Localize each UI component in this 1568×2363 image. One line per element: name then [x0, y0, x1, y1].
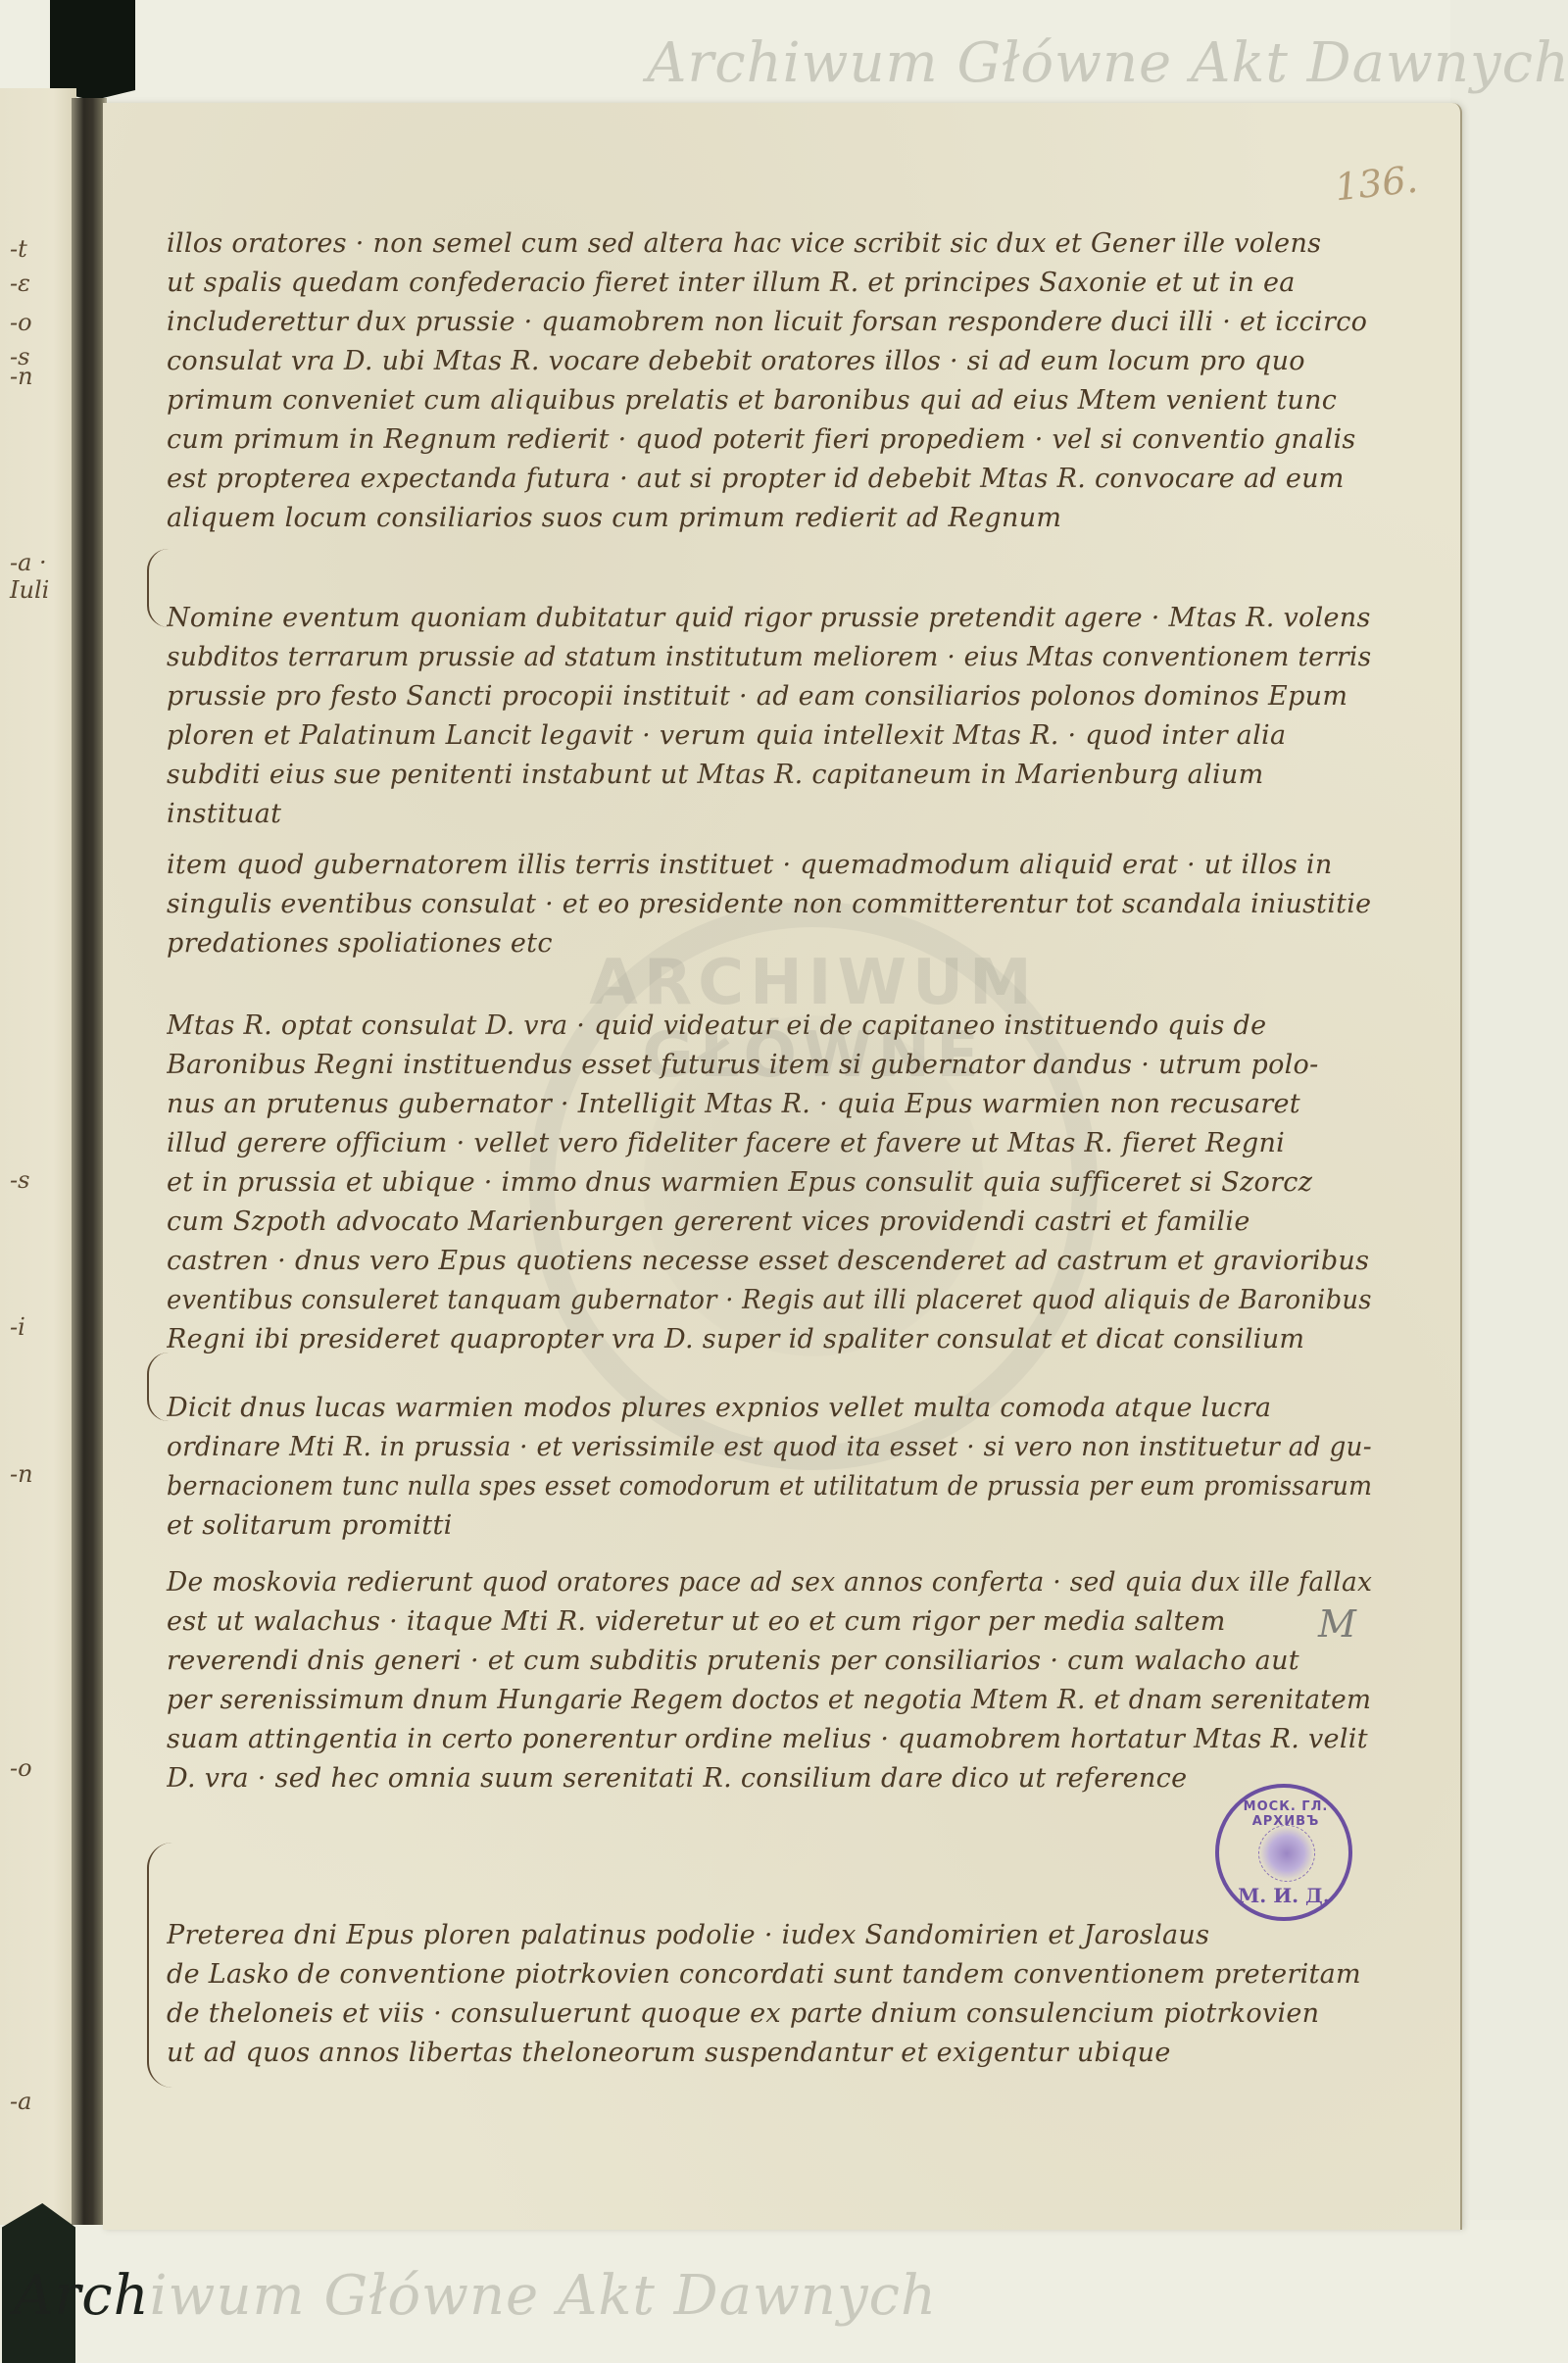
text-line: D. vra · sed hec omnia suum serenitati R… [167, 1762, 1372, 1796]
watermark-dark-part: Arch [14, 2264, 150, 2328]
left-margin-fragment: -a · Iuli [10, 549, 76, 604]
left-margin-fragment: -ε [10, 270, 30, 297]
left-margin-fragment: -n [10, 363, 33, 390]
text-line: castren · dnus vero Epus quotiens necess… [167, 1245, 1372, 1278]
text-line: De moskovia redierunt quod oratores pace… [167, 1566, 1349, 1600]
text-line: de Lasko de conventione piotrkovien conc… [167, 1958, 1372, 1992]
bookmark-ribbon-top [50, 0, 135, 98]
text-line: cum Szpoth advocato Marienburgen gereren… [167, 1206, 1372, 1239]
text-line: eventibus consuleret tanquam gubernator … [167, 1284, 1315, 1317]
text-line: est propterea expectanda futura · aut si… [167, 463, 1372, 496]
text-line: per serenissimum dnum Hungarie Regem doc… [167, 1684, 1342, 1717]
watermark-light-part: iwum Główne Akt Dawnych [150, 2264, 937, 2328]
text-line: ploren et Palatinum Lancit legavit · ver… [167, 719, 1372, 753]
left-margin-fragment: -s [10, 1166, 29, 1194]
text-line: Dicit dnus lucas warmien modos plures ex… [167, 1392, 1372, 1425]
text-line: de theloneis et viis · consuluerunt quoq… [167, 1997, 1372, 2031]
text-line: suam attingentia in certo ponerentur ord… [167, 1723, 1372, 1756]
book-gutter [72, 98, 107, 2225]
paragraph-1: illos oratores · non semel cum sed alter… [167, 227, 1372, 535]
left-margin-fragment: -i [10, 1313, 25, 1341]
text-line: et solitarum promitti [167, 1509, 1372, 1543]
archive-stamp: МОСК. ГЛ. АРХИВЪ М. И. Д. [1215, 1784, 1352, 1921]
text-line: illud gerere officium · vellet vero fide… [167, 1127, 1372, 1160]
paragraph-5: Dicit dnus lucas warmien modos plures ex… [167, 1392, 1372, 1543]
text-line: et in prussia et ubique · immo dnus warm… [167, 1166, 1372, 1200]
text-line: ut ad quos annos libertas theloneorum su… [167, 2037, 1372, 2070]
text-line: consulat vra D. ubi Mtas R. vocare debeb… [167, 345, 1372, 378]
text-line: subditos terrarum prussie ad statum inst… [167, 641, 1343, 674]
text-line: ordinare Mti R. in prussia · et verissim… [167, 1431, 1339, 1464]
left-margin-fragment: -o [10, 309, 32, 336]
left-margin-fragment: -a [10, 2088, 31, 2115]
paragraph-6: De moskovia redierunt quod oratores pace… [167, 1566, 1372, 1796]
left-margin-fragment: -t [10, 235, 27, 263]
paragraph-2: Nomine eventum quoniam dubitatur quid ri… [167, 602, 1372, 831]
double-headed-eagle-icon [1258, 1825, 1315, 1882]
text-line: Mtas R. optat consulat D. vra · quid vid… [167, 1009, 1372, 1043]
text-line: Regni ibi presideret quapropter vra D. s… [167, 1323, 1372, 1356]
paragraph-3: item quod gubernatorem illis terris inst… [167, 849, 1372, 960]
text-line: singulis eventibus consulat · et eo pres… [167, 888, 1366, 921]
text-line: Preterea dni Epus ploren palatinus podol… [167, 1919, 1372, 1952]
text-line: item quod gubernatorem illis terris inst… [167, 849, 1372, 882]
text-line: reverendi dnis generi · et cum subditis … [167, 1645, 1372, 1678]
text-line: prussie pro festo Sancti procopii instit… [167, 680, 1372, 714]
margin-annotation: M [1318, 1602, 1356, 1646]
text-line: Nomine eventum quoniam dubitatur quid ri… [167, 602, 1372, 635]
text-line: subditi eius sue penitenti instabunt ut … [167, 759, 1372, 792]
background-right [1450, 0, 1568, 2363]
paragraph-mark-icon [147, 549, 169, 627]
text-line: bernacionem tunc nulla spes esset comodo… [167, 1470, 1298, 1503]
text-line: instituat [167, 798, 1372, 831]
text-line: primum conveniet cum aliquibus prelatis … [167, 384, 1372, 418]
text-line: nus an prutenus gubernator · Intelligit … [167, 1088, 1372, 1121]
text-line: includerettur dux prussie · quamobrem no… [167, 306, 1372, 339]
paragraph-7: Preterea dni Epus ploren palatinus podol… [167, 1919, 1372, 2070]
text-line: Baronibus Regni instituendus esset futur… [167, 1049, 1372, 1082]
left-page-edge: -t-ε-o-s-n-a · Iuli-s-i-n-o-a [0, 88, 76, 2225]
stamp-center-letters: М. И. Д. [1219, 1884, 1348, 1907]
text-line: aliquem locum consiliarios suos cum prim… [167, 502, 1372, 535]
archive-watermark-top: Archiwum Główne Akt Dawnych [647, 31, 1548, 95]
left-margin-fragment: -o [10, 1754, 32, 1782]
text-line: est ut walachus · itaque Mti R. videretu… [167, 1605, 1372, 1639]
left-margin-fragment: -n [10, 1460, 33, 1488]
text-line: illos oratores · non semel cum sed alter… [167, 227, 1372, 261]
text-line: ut spalis quedam confederacio fieret int… [167, 267, 1372, 300]
paragraph-4: Mtas R. optat consulat D. vra · quid vid… [167, 1009, 1372, 1356]
paragraph-mark-icon [147, 1353, 169, 1421]
text-line: cum primum in Regnum redierit · quod pot… [167, 423, 1372, 457]
archive-watermark-bottom: Archiwum Główne Akt Dawnych [14, 2264, 994, 2328]
text-line: predationes spoliationes etc [167, 927, 1372, 960]
folio-number: 136. [1333, 158, 1420, 210]
